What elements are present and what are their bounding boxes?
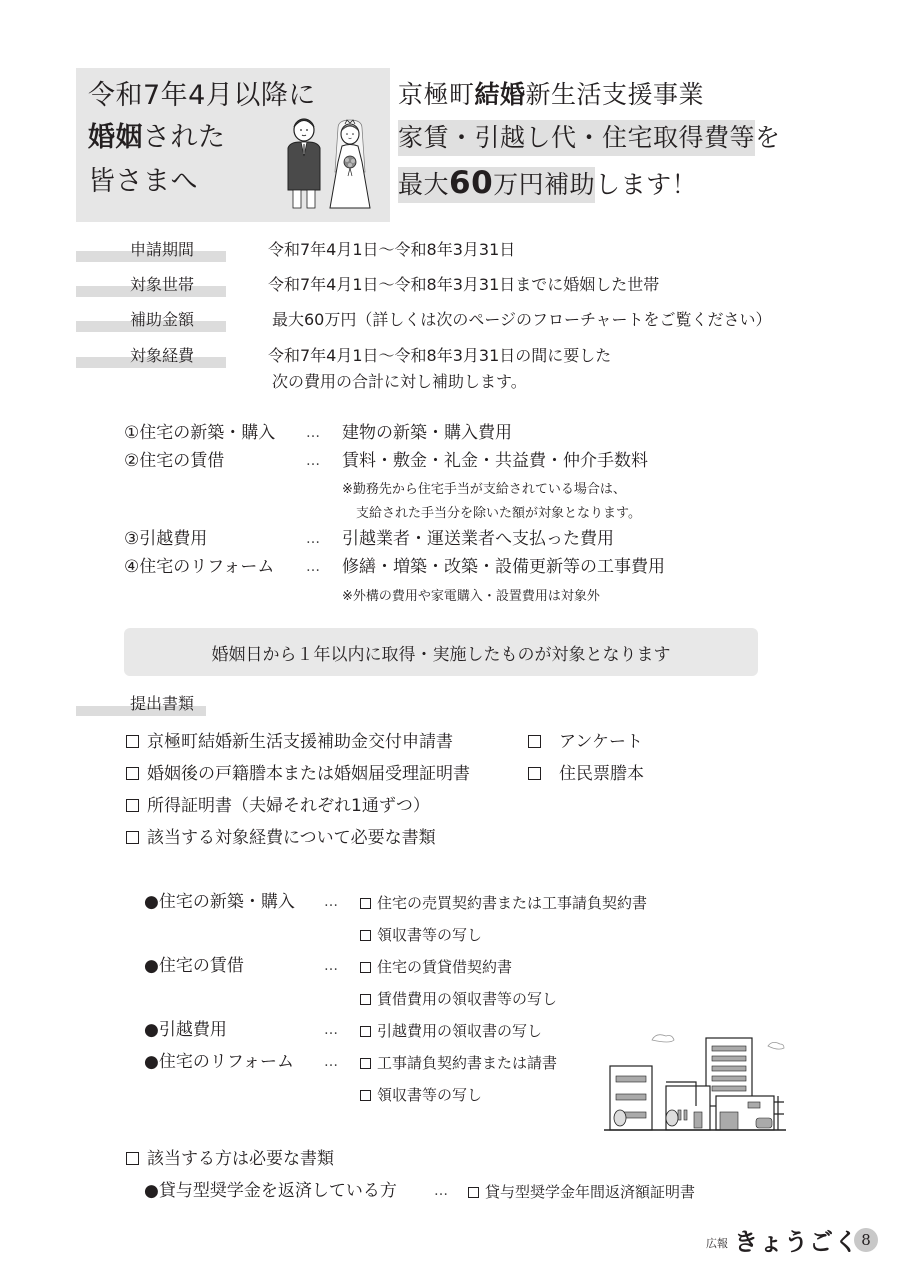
label-required-documents: 提出書類 <box>76 694 226 716</box>
checkbox-icon[interactable] <box>126 1152 139 1165</box>
expense-name-3: ③引越費用 <box>124 528 207 550</box>
label-text: 対象世帯 <box>130 275 194 295</box>
doc-group-new-build: ●住宅の新築・購入 <box>144 891 295 913</box>
doc-group-scholarship: ●貸与型奨学金を返済している方 <box>144 1180 397 1202</box>
doc-label: 所得証明書（夫婦それぞれ1通ずつ） <box>147 796 430 816</box>
doc-group-moving: ●引越費用 <box>144 1019 227 1041</box>
hero-line-2: 婚姻された <box>88 124 226 151</box>
doc-label: 領収書等の写し <box>377 926 482 944</box>
ellipsis: … <box>324 891 338 913</box>
label-subsidy-amount: 補助金額 <box>76 310 226 332</box>
doc-item-resident-record: 住民票謄本 <box>528 763 644 785</box>
doc-sub-item: 賃借費用の領収書等の写し <box>360 989 557 1009</box>
checkbox-icon[interactable] <box>126 767 139 780</box>
subsidy-targets-line: 家賃・引越し代・住宅取得費等を <box>398 125 781 150</box>
doc-item-expense-documents: 該当する対象経費について必要な書類 <box>126 827 436 849</box>
doc-item-optional: 該当する方は必要な書類 <box>126 1148 334 1170</box>
checkbox-icon[interactable] <box>126 735 139 748</box>
label-application-period: 申請期間 <box>76 240 226 262</box>
doc-label: 住宅の売買契約書または工事請負契約書 <box>377 894 647 912</box>
checkbox-icon[interactable] <box>360 930 371 941</box>
amount-prefix: 最大 <box>398 170 449 199</box>
checkbox-icon[interactable] <box>126 831 139 844</box>
title-marriage-bold: 結婚 <box>475 80 526 109</box>
page-number-badge: 8 <box>854 1228 878 1252</box>
amount-suffix: します！ <box>595 170 697 199</box>
label-text: 補助金額 <box>130 310 194 330</box>
title-program: 新生活支援事業 <box>526 80 705 109</box>
doc-item-application-form: 京極町結婚新生活支援補助金交付申請書 <box>126 731 453 753</box>
doc-sub-item: 引越費用の領収書の写し <box>360 1021 542 1041</box>
checkbox-icon[interactable] <box>126 799 139 812</box>
subsidy-amount-value: 最大60万円（詳しくは次のページのフローチャートをご覧ください） <box>272 310 772 330</box>
expense-detail-3: 引越業者・運送業者へ支払った費用 <box>342 528 614 550</box>
bride-and-groom-illustration <box>274 112 384 212</box>
doc-label: 京極町結婚新生活支援補助金交付申請書 <box>147 732 453 752</box>
checkbox-icon[interactable] <box>360 1026 371 1037</box>
town-buildings-illustration <box>600 1026 788 1134</box>
eligible-expenses-value-2: 次の費用の合計に対し補助します。 <box>272 372 527 392</box>
doc-group-reform: ●住宅のリフォーム <box>144 1051 294 1073</box>
amount-number: 60 <box>449 165 493 201</box>
checkbox-icon[interactable] <box>360 994 371 1005</box>
expense-name-4: ④住宅のリフォーム <box>124 556 274 578</box>
expense-detail-1: 建物の新築・購入費用 <box>342 422 512 444</box>
ellipsis: … <box>306 422 320 444</box>
label-eligible-household: 対象世帯 <box>76 275 226 297</box>
expense-detail-2: 賃料・敷金・礼金・共益費・仲介手数料 <box>342 450 648 472</box>
hero-line-2-rest: された <box>143 122 226 153</box>
doc-item-survey: アンケート <box>528 731 643 753</box>
ellipsis: … <box>306 528 320 550</box>
doc-sub-item: 工事請負契約書または請書 <box>360 1053 557 1073</box>
subsidy-targets-particle: を <box>755 123 781 152</box>
one-year-notice: 婚姻日から１年以内に取得・実施したものが対象となります <box>124 628 758 676</box>
checkbox-icon[interactable] <box>528 735 541 748</box>
expense-note-2b: 支給された手当分を除いた額が対象となります。 <box>356 505 641 523</box>
doc-label: アンケート <box>559 732 643 752</box>
doc-label: 領収書等の写し <box>377 1086 482 1104</box>
doc-label: 婚姻後の戸籍謄本または婚姻届受理証明書 <box>147 764 470 784</box>
hero-box: 令和7年4月以降に 婚姻された 皆さまへ <box>76 68 390 222</box>
program-title: 京極町結婚新生活支援事業 <box>398 82 704 107</box>
label-text: 申請期間 <box>130 240 194 260</box>
label-text: 対象経費 <box>130 346 194 366</box>
logo-big-text: きょうごく <box>734 1227 859 1256</box>
expense-note-2a: ※勤務先から住宅手当が支給されている場合は、 <box>342 481 626 499</box>
doc-sub-item: 住宅の売買契約書または工事請負契約書 <box>360 893 647 913</box>
ellipsis: … <box>306 450 320 472</box>
doc-label: 住民票謄本 <box>559 764 644 784</box>
title-town: 京極町 <box>398 80 475 109</box>
doc-label: 工事請負契約書または請書 <box>377 1054 557 1072</box>
doc-label: 引越費用の領収書の写し <box>377 1022 542 1040</box>
amount-unit: 万円補助 <box>493 170 595 199</box>
checkbox-icon[interactable] <box>360 1090 371 1101</box>
application-period-value: 令和7年4月1日～令和8年3月31日 <box>268 240 515 260</box>
eligible-household-value: 令和7年4月1日～令和8年3月31日までに婚姻した世帯 <box>268 275 659 295</box>
checkbox-icon[interactable] <box>468 1187 479 1198</box>
expense-name-2: ②住宅の賃借 <box>124 450 224 472</box>
logo-small-text: 広報 <box>706 1237 728 1250</box>
ellipsis: … <box>324 1019 338 1041</box>
hero-bold-marriage: 婚姻 <box>88 122 143 153</box>
subsidy-targets-highlight: 家賃・引越し代・住宅取得費等 <box>398 120 755 156</box>
publication-logo: 広報きょうごく <box>706 1222 859 1257</box>
checkbox-icon[interactable] <box>360 962 371 973</box>
hero-line-1: 令和7年4月以降に <box>88 82 316 109</box>
expense-note-4: ※外構の費用や家電購入・設置費用は対象外 <box>342 588 600 606</box>
checkbox-icon[interactable] <box>528 767 541 780</box>
checkbox-icon[interactable] <box>360 1058 371 1069</box>
doc-group-rental: ●住宅の賃借 <box>144 955 244 977</box>
subsidy-amount-line: 最大60万円補助します！ <box>398 168 697 199</box>
ellipsis: … <box>324 1051 338 1073</box>
doc-label: 該当する方は必要な書類 <box>147 1149 334 1169</box>
ellipsis: … <box>324 955 338 977</box>
eligible-expenses-value: 令和7年4月1日～令和8年3月31日の間に要した <box>268 346 611 366</box>
doc-label: 該当する対象経費について必要な書類 <box>147 828 436 848</box>
doc-label: 住宅の賃貸借契約書 <box>377 958 512 976</box>
doc-item-income-certificate: 所得証明書（夫婦それぞれ1通ずつ） <box>126 795 430 817</box>
subsidy-amount-highlight: 最大60万円補助 <box>398 167 595 203</box>
expense-detail-4: 修繕・増築・改築・設備更新等の工事費用 <box>342 556 665 578</box>
doc-sub-item: 領収書等の写し <box>360 925 482 945</box>
expense-name-1: ①住宅の新築・購入 <box>124 422 275 444</box>
doc-sub-item: 領収書等の写し <box>360 1085 482 1105</box>
doc-label: 貸与型奨学金年間返済額証明書 <box>485 1183 695 1201</box>
doc-label: 賃借費用の領収書等の写し <box>377 990 557 1008</box>
doc-item-family-register: 婚姻後の戸籍謄本または婚姻届受理証明書 <box>126 763 470 785</box>
hero-line-3: 皆さまへ <box>88 168 198 195</box>
ellipsis: … <box>434 1180 448 1202</box>
label-text: 提出書類 <box>130 694 194 714</box>
doc-sub-item: 貸与型奨学金年間返済額証明書 <box>468 1182 695 1202</box>
doc-sub-item: 住宅の賃貸借契約書 <box>360 957 512 977</box>
label-eligible-expenses: 対象経費 <box>76 346 226 368</box>
ellipsis: … <box>306 556 320 578</box>
checkbox-icon[interactable] <box>360 898 371 909</box>
